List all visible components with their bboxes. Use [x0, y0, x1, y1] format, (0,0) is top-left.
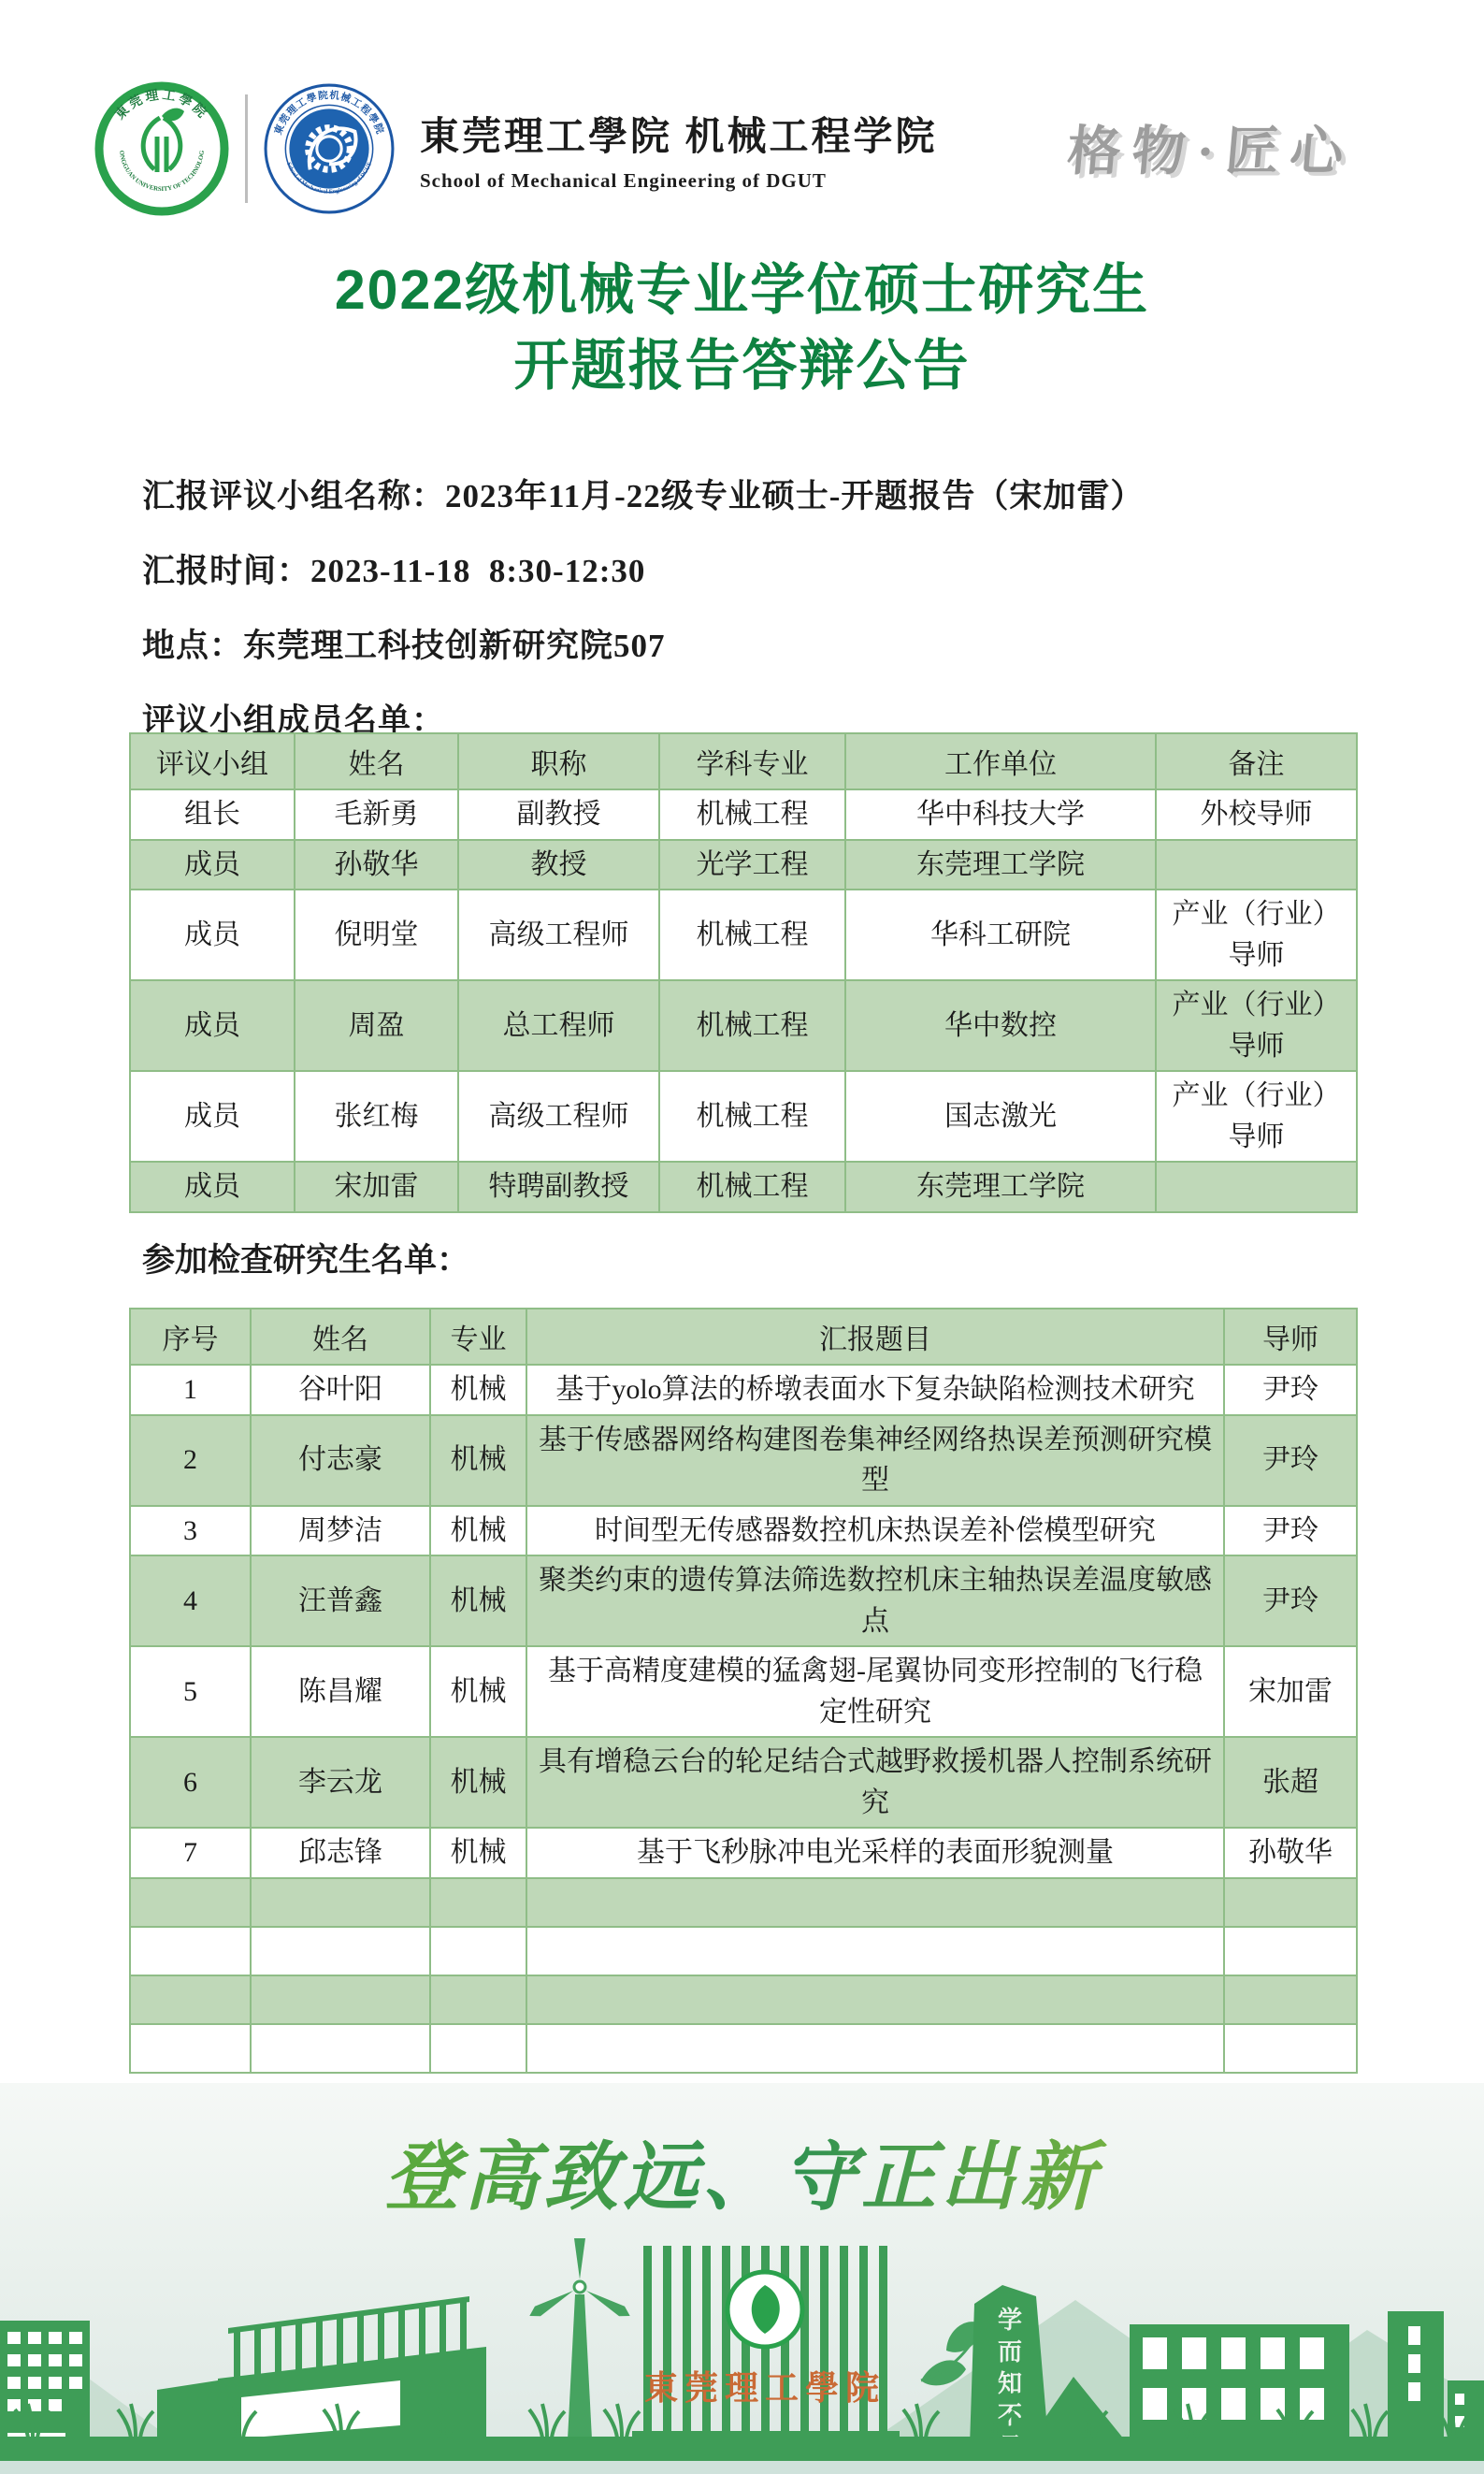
table-cell: 周盈 [295, 980, 458, 1071]
stone-char: 知 [998, 2370, 1022, 2397]
table-cell: 高级工程师 [458, 890, 659, 980]
table-cell [1224, 2024, 1357, 2073]
table-cell [251, 1878, 430, 1927]
table-cell: 张超 [1224, 1737, 1357, 1828]
column-header: 姓名 [251, 1309, 430, 1365]
students-header-row: 序号 姓名 专业 汇报题目 导师 [130, 1309, 1357, 1365]
table-cell: 尹玲 [1224, 1506, 1357, 1556]
table-cell: 机械 [430, 1365, 526, 1415]
stone-char: 学 [998, 2307, 1022, 2334]
page-header: 東莞理工學院 DONGGUAN UNIVERSITY OF TECHNOLOGY [94, 80, 938, 217]
table-cell: 机械工程 [659, 980, 845, 1071]
table-cell: 外校导师 [1156, 789, 1357, 840]
table-cell [130, 1927, 251, 1975]
motto-calligraphy: 格物·匠心 [1064, 109, 1358, 185]
table-cell: 倪明堂 [295, 890, 458, 980]
footer: 登高致远、守正出新 [0, 2083, 1484, 2474]
table-cell: 产业（行业）导师 [1156, 890, 1357, 980]
table-cell: 4 [130, 1555, 251, 1646]
table-row: 成员周盈总工程师机械工程华中数控产业（行业）导师 [130, 980, 1357, 1071]
table-cell: 华科工研院 [845, 890, 1156, 980]
table-cell: 高级工程师 [458, 1071, 659, 1162]
table-cell: 机械 [430, 1506, 526, 1556]
column-header: 汇报题目 [526, 1309, 1224, 1365]
university-logo: 東莞理工學院 DONGGUAN UNIVERSITY OF TECHNOLOGY [94, 80, 230, 217]
footer-slogan-calligraphy: 登高致远、守正出新 [0, 2117, 1484, 2224]
table-cell: 基于yolo算法的桥墩表面水下复杂缺陷检测技术研究 [526, 1365, 1224, 1415]
table-cell: 毛新勇 [295, 789, 458, 840]
table-cell: 谷叶阳 [251, 1365, 430, 1415]
table-row: 4汪普鑫机械聚类约束的遗传算法筛选数控机床主轴热误差温度敏感点尹玲 [130, 1555, 1357, 1646]
table-row [130, 2024, 1357, 2073]
table-cell: 汪普鑫 [251, 1555, 430, 1646]
table-cell: 陈昌耀 [251, 1646, 430, 1737]
table-cell: 成员 [130, 1071, 295, 1162]
info-line-group-name: 汇报评议小组名称：2023年11月-22级专业硕士-开题报告（宋加雷） [142, 470, 1144, 517]
table-cell [251, 2024, 430, 2073]
table-cell [1224, 1975, 1357, 2024]
info-line-location: 地点：东莞理工科技创新研究院507 [142, 620, 1144, 667]
table-cell: 聚类约束的遗传算法筛选数控机床主轴热误差温度敏感点 [526, 1555, 1224, 1646]
table-cell: 成员 [130, 890, 295, 980]
school-text-block: 東莞理工學院 机械工程学院 School of Mechanical Engin… [420, 106, 938, 193]
building-hall [157, 2296, 486, 2461]
table-cell [251, 1927, 430, 1975]
table-cell: 机械工程 [659, 1162, 845, 1212]
logo-divider [245, 94, 248, 203]
table-cell [430, 1878, 526, 1927]
table-row: 1谷叶阳机械基于yolo算法的桥墩表面水下复杂缺陷检测技术研究尹玲 [130, 1365, 1357, 1415]
school-name-en: School of Mechanical Engineering of DGUT [420, 169, 938, 193]
table-cell: 具有增稳云台的轮足结合式越野救援机器人控制系统研究 [526, 1737, 1224, 1828]
table-cell: 副教授 [458, 789, 659, 840]
table-cell: 机械工程 [659, 1071, 845, 1162]
page-title-line2: 开题报告答辩公告 [0, 328, 1484, 404]
table-cell: 特聘副教授 [458, 1162, 659, 1212]
page-title: 2022级机械专业学位硕士研究生 开题报告答辩公告 [0, 253, 1484, 405]
table-cell: 7 [130, 1828, 251, 1878]
table-cell: 产业（行业）导师 [1156, 1071, 1357, 1162]
table-row: 6李云龙机械具有增稳云台的轮足结合式越野救援机器人控制系统研究张超 [130, 1737, 1357, 1828]
table-cell: 机械 [430, 1828, 526, 1878]
committee-table: 评议小组 姓名 职称 学科专业 工作单位 备注 组长毛新勇副教授机械工程华中科技… [129, 732, 1358, 1213]
table-cell: 教授 [458, 840, 659, 890]
table-row: 2付志豪机械基于传感器网络构建图卷集神经网络热误差预测研究模型尹玲 [130, 1415, 1357, 1506]
table-cell: 组长 [130, 789, 295, 840]
column-header: 评议小组 [130, 733, 295, 789]
table-cell: 3 [130, 1506, 251, 1556]
table-cell: 机械 [430, 1555, 526, 1646]
table-cell [430, 1927, 526, 1975]
column-header: 导师 [1224, 1309, 1357, 1365]
stone-char: 而 [998, 2338, 1022, 2365]
table-cell: 华中科技大学 [845, 789, 1156, 840]
committee-header-row: 评议小组 姓名 职称 学科专业 工作单位 备注 [130, 733, 1357, 789]
table-row: 成员倪明堂高级工程师机械工程华科工研院产业（行业）导师 [130, 890, 1357, 980]
table-cell: 机械 [430, 1646, 526, 1737]
table-cell [526, 1927, 1224, 1975]
column-header: 专业 [430, 1309, 526, 1365]
page-title-line1: 2022级机械专业学位硕士研究生 [0, 253, 1484, 328]
table-row: 3周梦洁机械时间型无传感器数控机床热误差补偿模型研究尹玲 [130, 1506, 1357, 1556]
column-header: 姓名 [295, 733, 458, 789]
table-cell: 张红梅 [295, 1071, 458, 1162]
school-name: 東莞理工學院 机械工程学院 [420, 106, 938, 162]
table-row: 组长毛新勇副教授机械工程华中科技大学外校导师 [130, 789, 1357, 840]
table-cell: 光学工程 [659, 840, 845, 890]
table-cell [1224, 1878, 1357, 1927]
table-row [130, 1927, 1357, 1975]
table-cell [1156, 840, 1357, 890]
table-cell [430, 2024, 526, 2073]
table-cell: 尹玲 [1224, 1415, 1357, 1506]
table-cell [526, 2024, 1224, 2073]
table-cell: 孙敬华 [295, 840, 458, 890]
table-cell [1156, 1162, 1357, 1212]
table-cell: 机械 [430, 1737, 526, 1828]
table-cell [130, 2024, 251, 2073]
table-cell: 周梦洁 [251, 1506, 430, 1556]
table-row: 成员孙敬华教授光学工程东莞理工学院 [130, 840, 1357, 890]
info-line-time: 汇报时间：2023-11-18 8:30-12:30 [142, 545, 1144, 592]
column-header: 序号 [130, 1309, 251, 1365]
table-cell: 2 [130, 1415, 251, 1506]
table-cell: 基于飞秒脉冲电光采样的表面形貌测量 [526, 1828, 1224, 1878]
announcement-page: 東莞理工學院 DONGGUAN UNIVERSITY OF TECHNOLOGY [0, 0, 1484, 2474]
table-cell: 时间型无传感器数控机床热误差补偿模型研究 [526, 1506, 1224, 1556]
table-cell: 李云龙 [251, 1737, 430, 1828]
gate-logo [728, 2272, 802, 2347]
column-header: 职称 [458, 733, 659, 789]
footer-cityscape: 東莞理工學院 学 而 知 不 足 [0, 2238, 1484, 2474]
table-cell [130, 1975, 251, 2024]
table-cell: 机械工程 [659, 789, 845, 840]
table-row: 7邱志锋机械基于飞秒脉冲电光采样的表面形貌测量孙敬华 [130, 1828, 1357, 1878]
table-cell [251, 1975, 430, 2024]
table-cell [430, 1975, 526, 2024]
table-row: 5陈昌耀机械基于高精度建模的猛禽翅-尾翼协同变形控制的飞行稳定性研究宋加雷 [130, 1646, 1357, 1737]
table-cell: 1 [130, 1365, 251, 1415]
table-cell: 6 [130, 1737, 251, 1828]
table-cell [526, 1878, 1224, 1927]
bottom-strip [0, 2461, 1484, 2474]
table-cell: 东莞理工学院 [845, 1162, 1156, 1212]
table-cell [130, 1878, 251, 1927]
college-logo-disc [289, 109, 368, 188]
table-cell: 宋加雷 [1224, 1646, 1357, 1737]
table-cell: 机械工程 [659, 890, 845, 980]
table-cell: 付志豪 [251, 1415, 430, 1506]
table-cell: 孙敬华 [1224, 1828, 1357, 1878]
campus-gate: 東莞理工學院 [632, 2246, 900, 2445]
column-header: 备注 [1156, 733, 1357, 789]
students-section-label: 参加检查研究生名单： [142, 1235, 469, 1281]
table-cell: 邱志锋 [251, 1828, 430, 1878]
table-row: 成员宋加雷特聘副教授机械工程东莞理工学院 [130, 1162, 1357, 1212]
table-cell: 成员 [130, 840, 295, 890]
table-row [130, 1878, 1357, 1927]
table-cell: 尹玲 [1224, 1555, 1357, 1646]
table-cell: 成员 [130, 1162, 295, 1212]
table-cell: 国志激光 [845, 1071, 1156, 1162]
table-cell: 华中数控 [845, 980, 1156, 1071]
table-cell: 尹玲 [1224, 1365, 1357, 1415]
students-table: 序号 姓名 专业 汇报题目 导师 1谷叶阳机械基于yolo算法的桥墩表面水下复杂… [129, 1308, 1358, 2074]
table-row [130, 1975, 1357, 2024]
table-cell: 机械 [430, 1415, 526, 1506]
table-cell: 东莞理工学院 [845, 840, 1156, 890]
gate-text: 東莞理工學院 [644, 2369, 886, 2407]
table-cell: 产业（行业）导师 [1156, 980, 1357, 1071]
table-cell [526, 1975, 1224, 2024]
college-logo: 東莞理工學院机械工程學院 School of Mechanical Engine… [263, 82, 396, 215]
column-header: 工作单位 [845, 733, 1156, 789]
table-cell: 基于传感器网络构建图卷集神经网络热误差预测研究模型 [526, 1415, 1224, 1506]
table-cell: 基于高精度建模的猛禽翅-尾翼协同变形控制的飞行稳定性研究 [526, 1646, 1224, 1737]
table-cell: 宋加雷 [295, 1162, 458, 1212]
table-cell: 总工程师 [458, 980, 659, 1071]
info-block: 汇报评议小组名称：2023年11月-22级专业硕士-开题报告（宋加雷） 汇报时间… [142, 470, 1144, 770]
column-header: 学科专业 [659, 733, 845, 789]
table-row: 成员张红梅高级工程师机械工程国志激光产业（行业）导师 [130, 1071, 1357, 1162]
table-cell: 成员 [130, 980, 295, 1071]
table-cell: 5 [130, 1646, 251, 1737]
table-cell [1224, 1927, 1357, 1975]
